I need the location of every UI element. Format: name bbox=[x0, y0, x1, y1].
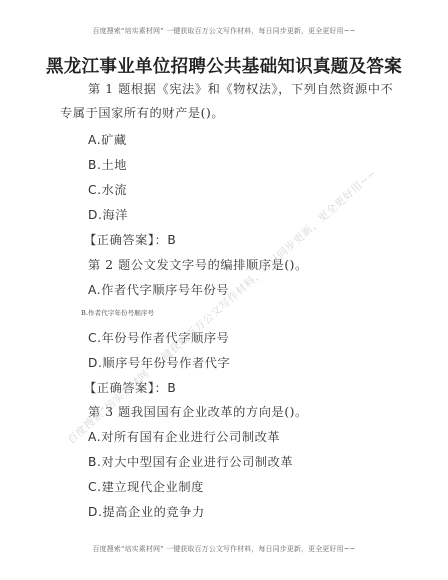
answer-value: B bbox=[167, 381, 176, 395]
question-3-option-b: B.对大中型国有企业进行公司制改革 bbox=[88, 453, 293, 470]
answer-label: 【正确答案】： bbox=[84, 233, 167, 247]
question-1-option-c: C.水流 bbox=[88, 181, 127, 198]
option-letter: A. bbox=[88, 133, 101, 147]
option-text: 作者代字顺序号年份号 bbox=[101, 283, 229, 297]
question-2-stem-line-1: 第 2 题公文发文字号的编排顺序是()。 bbox=[88, 256, 308, 273]
question-1-stem-line-2: 专属于国家所有的财产是()。 bbox=[60, 104, 224, 121]
document-page: 百度搜索“培实素材网” 一键获取百万公文写作材料，每日同步更新，更全更好用~~ … bbox=[0, 0, 448, 580]
option-text: 水流 bbox=[102, 183, 128, 197]
question-3-option-c: C.建立现代企业制度 bbox=[88, 478, 204, 495]
answer-value: B bbox=[167, 233, 176, 247]
option-letter: C. bbox=[88, 183, 102, 197]
question-1-option-d: D.海洋 bbox=[88, 206, 128, 223]
question-2-option-c: C.年份号作者代字顺序号 bbox=[88, 329, 229, 346]
option-text: 建立现代企业制度 bbox=[102, 480, 204, 494]
option-letter: D. bbox=[88, 505, 102, 519]
option-letter: A. bbox=[88, 283, 101, 297]
page-header-note: 百度搜索“培实素材网” 一键获取百万公文写作材料，每日同步更新，更全更好用~~ bbox=[0, 26, 448, 36]
option-letter: A. bbox=[88, 430, 101, 444]
option-text: 作者代字年份号顺序号 bbox=[88, 309, 154, 317]
option-text: 海洋 bbox=[102, 208, 128, 222]
page-footer-note: 百度搜索“培实素材网” 一键获取百万公文写作材料，每日同步更新，更全更好用~~ bbox=[0, 544, 448, 554]
answer-label: 【正确答案】： bbox=[84, 381, 167, 395]
option-text: 顺序号年份号作者代字 bbox=[102, 356, 230, 370]
option-letter: B. bbox=[88, 158, 101, 172]
option-text: 对所有国有企业进行公司制改革 bbox=[101, 430, 280, 444]
question-3-option-d: D.提高企业的竞争力 bbox=[88, 503, 205, 520]
question-2-answer: 【正确答案】：B bbox=[84, 379, 176, 396]
question-3-stem-line-1: 第 3 题我国国有企业改革的方向是()。 bbox=[88, 403, 308, 420]
question-1-answer: 【正确答案】：B bbox=[84, 231, 176, 248]
option-text: 提高企业的竞争力 bbox=[102, 505, 204, 519]
question-1-option-a: A.矿藏 bbox=[88, 131, 127, 148]
option-letter: C. bbox=[88, 331, 102, 345]
question-1-option-b: B.土地 bbox=[88, 156, 127, 173]
option-text: 土地 bbox=[101, 158, 127, 172]
option-text: 年份号作者代字顺序号 bbox=[102, 331, 230, 345]
option-letter: D. bbox=[88, 356, 102, 370]
option-text: 对大中型国有企业进行公司制改革 bbox=[101, 455, 293, 469]
option-letter: D. bbox=[88, 208, 102, 222]
question-1-stem-line-1: 第 1 题根据《宪法》和《物权法》，下列自然资源中不 bbox=[88, 80, 393, 97]
option-letter: B. bbox=[81, 309, 88, 317]
question-2-option-d: D.顺序号年份号作者代字 bbox=[88, 354, 230, 371]
option-text: 矿藏 bbox=[101, 133, 127, 147]
question-2-option-b: B.作者代字年份号顺序号 bbox=[81, 308, 154, 317]
option-letter: B. bbox=[88, 455, 101, 469]
option-letter: C. bbox=[88, 480, 102, 494]
question-3-option-a: A.对所有国有企业进行公司制改革 bbox=[88, 428, 280, 445]
question-2-option-a: A.作者代字顺序号年份号 bbox=[88, 281, 229, 298]
document-title: 黑龙江事业单位招聘公共基础知识真题及答案 bbox=[0, 53, 448, 78]
